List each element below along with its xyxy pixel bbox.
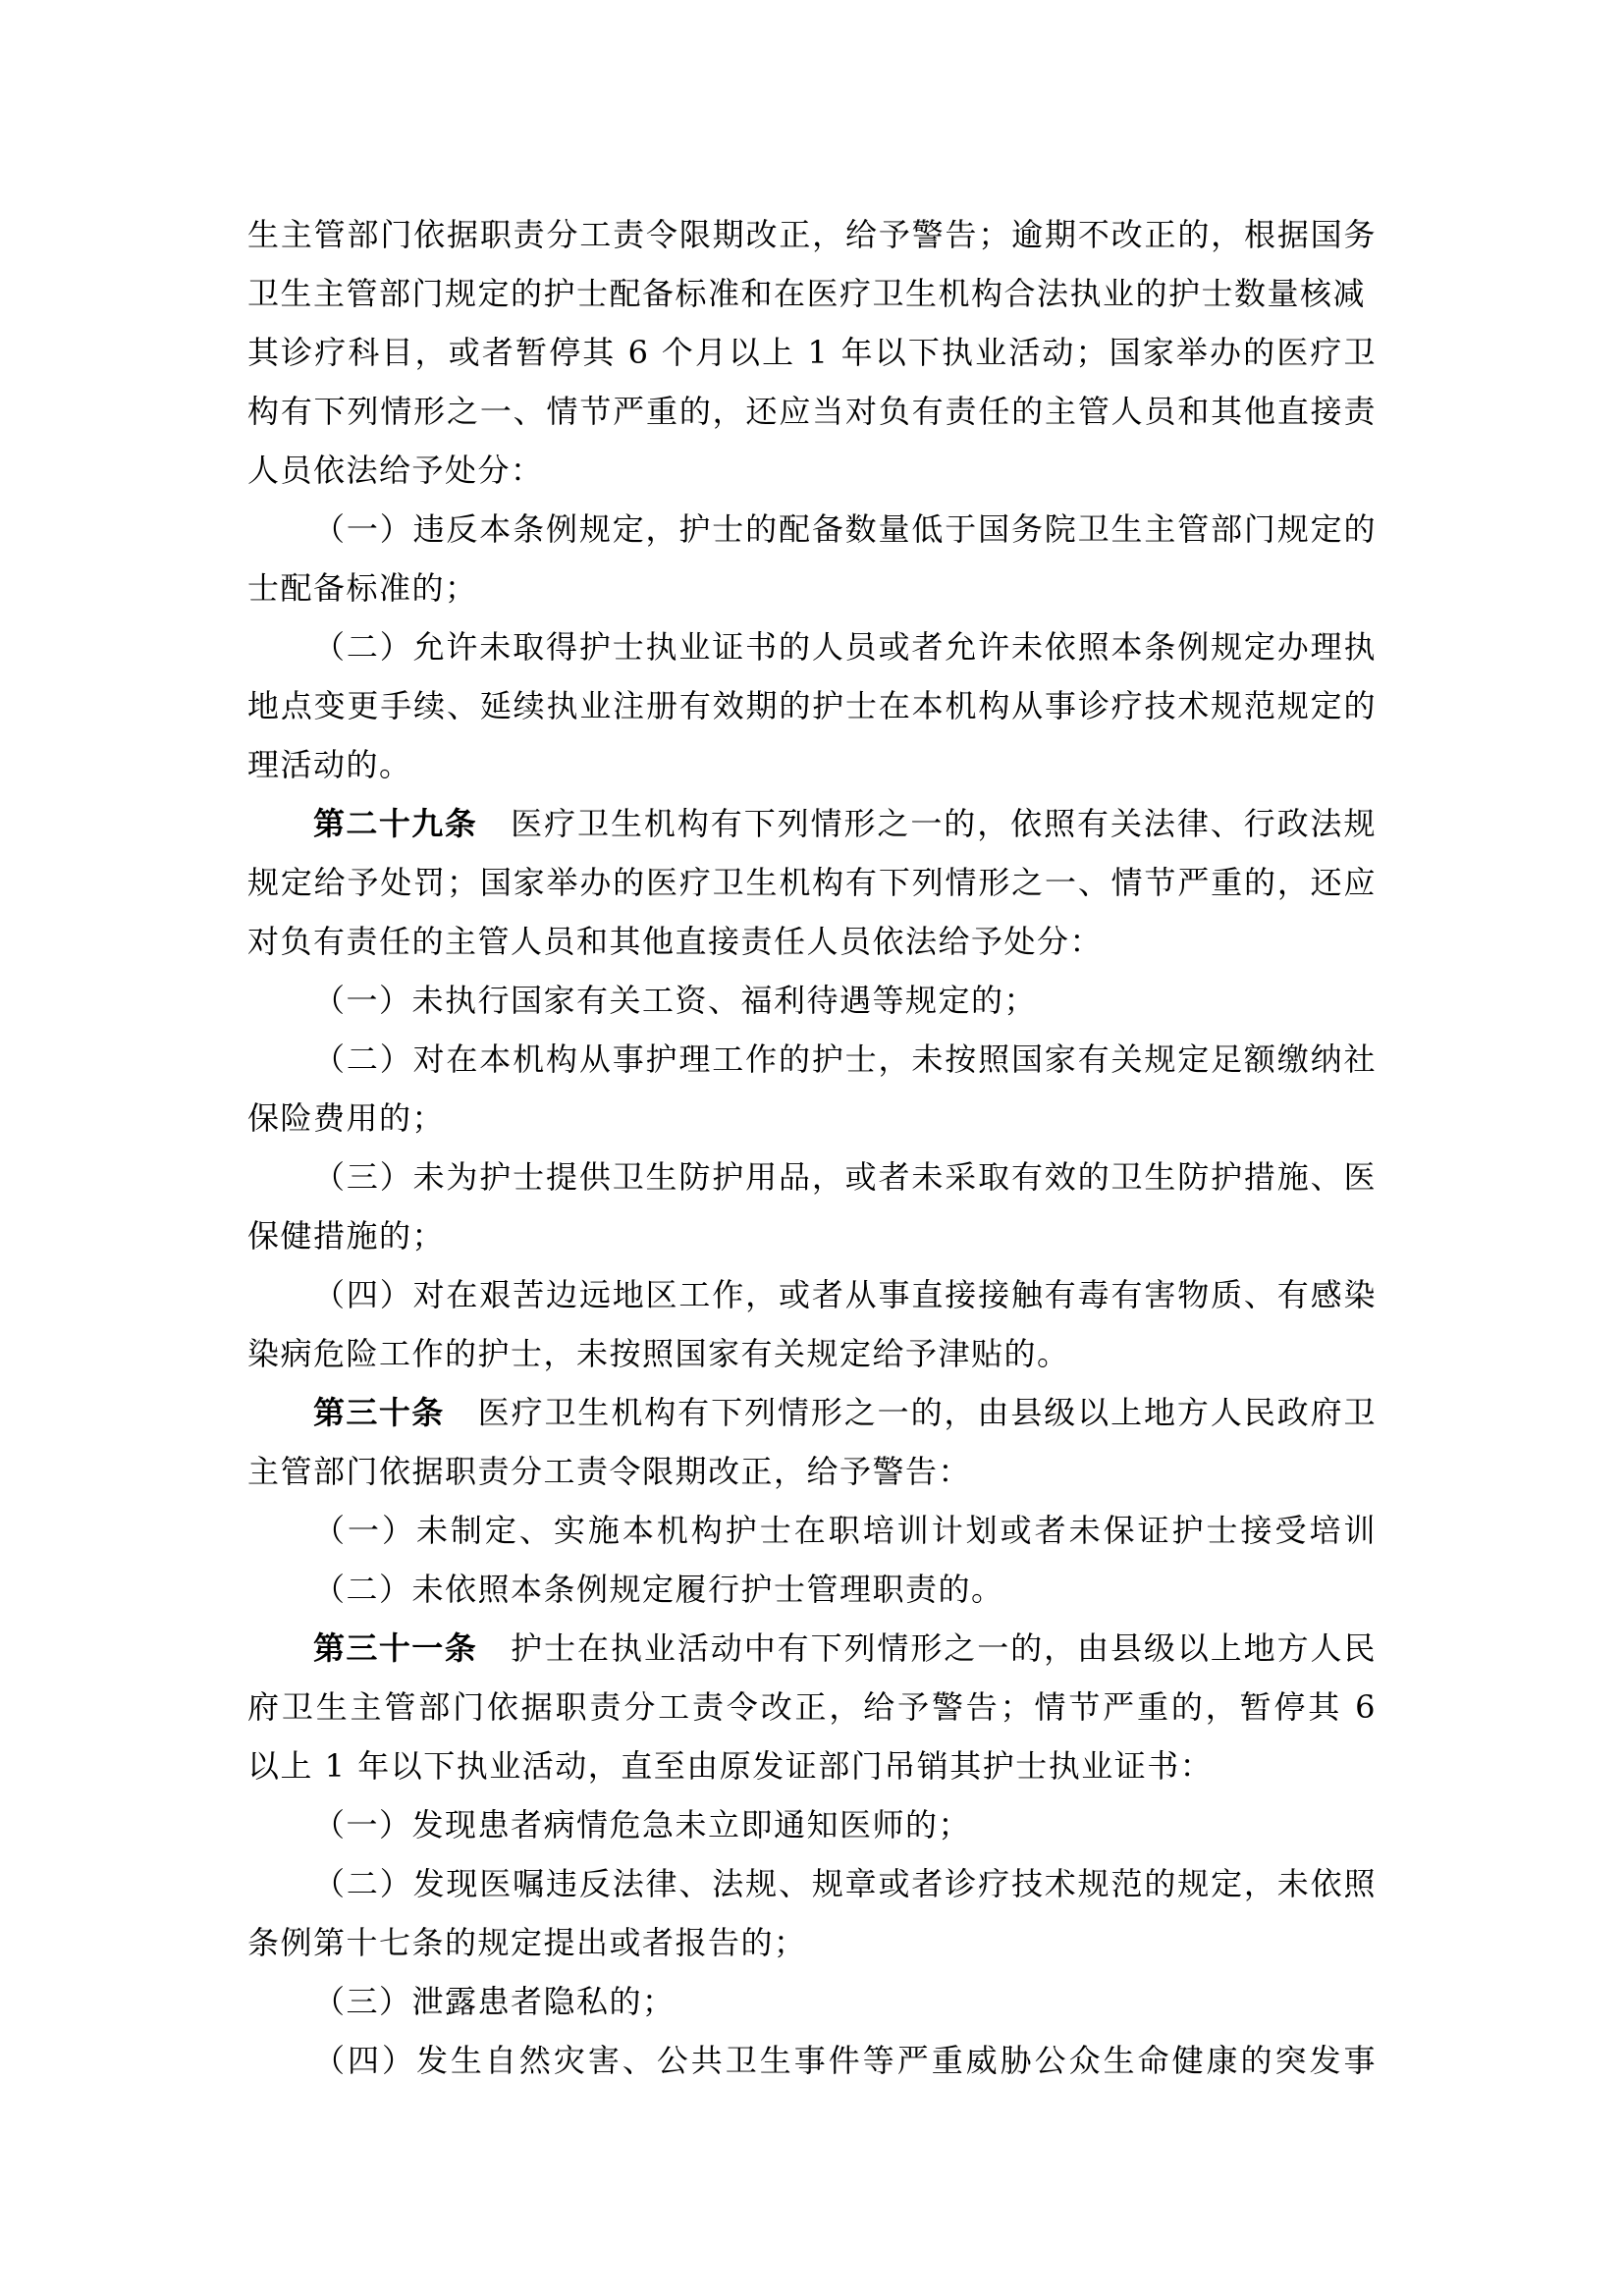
list-item-line: （二）未依照本条例规定履行护士管理职责的。	[247, 1560, 1377, 1619]
list-item-line: （一）未制定、实施本机构护士在职培训计划或者未保证护士接受培训的；	[247, 1501, 1377, 1560]
article-number: 第三十条	[313, 1394, 445, 1431]
text-line: 条例第十七条的规定提出或者报告的；	[247, 1913, 1377, 1972]
list-item-line: （四）对在艰苦边远地区工作，或者从事直接接触有毒有害物质、有感染传	[247, 1265, 1377, 1324]
list-item-line: （二）对在本机构从事护理工作的护士，未按照国家有关规定足额缴纳社会	[247, 1030, 1377, 1089]
list-item-line: （一）发现患者病情危急未立即通知医师的；	[247, 1795, 1377, 1854]
text-line: 染病危险工作的护士，未按照国家有关规定给予津贴的。	[247, 1324, 1377, 1383]
text-line: 其诊疗科目，或者暂停其 6 个月以上 1 年以下执业活动；国家举办的医疗卫生机	[247, 323, 1377, 382]
text-line: 人员依法给予处分：	[247, 441, 1377, 500]
article-heading-line: 第三十条医疗卫生机构有下列情形之一的，由县级以上地方人民政府卫生	[247, 1383, 1377, 1442]
article-number: 第三十一条	[313, 1629, 477, 1667]
text-line: 卫生主管部门规定的护士配备标准和在医疗卫生机构合法执业的护士数量核减	[247, 264, 1377, 323]
text-line: 以上 1 年以下执业活动，直至由原发证部门吊销其护士执业证书：	[247, 1736, 1377, 1795]
list-item-line: （四）发生自然灾害、公共卫生事件等严重威胁公众生命健康的突发事件，	[247, 2031, 1377, 2090]
list-item-line: （一）未执行国家有关工资、福利待遇等规定的；	[247, 971, 1377, 1030]
article-text: 医疗卫生机构有下列情形之一的，由县级以上地方人民政府卫生	[313, 1394, 1377, 1442]
article-heading-line: 第三十一条护士在执业活动中有下列情形之一的，由县级以上地方人民政	[247, 1619, 1377, 1678]
list-item-line: （二）发现医嘱违反法律、法规、规章或者诊疗技术规范的规定，未依照本	[247, 1854, 1377, 1913]
text-line: 构有下列情形之一、情节严重的，还应当对负有责任的主管人员和其他直接责任	[247, 382, 1377, 441]
text-line: 保健措施的；	[247, 1206, 1377, 1265]
text-line: 府卫生主管部门依据职责分工责令改正，给予警告；情节严重的，暂停其 6 个月	[247, 1678, 1377, 1736]
list-item-line: （二）允许未取得护士执业证书的人员或者允许未依照本条例规定办理执业	[247, 617, 1377, 676]
text-line: 对负有责任的主管人员和其他直接责任人员依法给予处分：	[247, 912, 1377, 971]
text-line: 保险费用的；	[247, 1089, 1377, 1148]
article-number: 第二十九条	[313, 805, 477, 842]
text-line: 生主管部门依据职责分工责令限期改正，给予警告；逾期不改正的，根据国务院	[247, 205, 1377, 264]
list-item-line: （三）未为护士提供卫生防护用品，或者未采取有效的卫生防护措施、医疗	[247, 1148, 1377, 1206]
text-line: 理活动的。	[247, 735, 1377, 794]
document-page: 生主管部门依据职责分工责令限期改正，给予警告；逾期不改正的，根据国务院 卫生主管…	[247, 205, 1377, 2090]
list-item-line: （三）泄露患者隐私的；	[247, 1972, 1377, 2031]
text-line: 士配备标准的；	[247, 559, 1377, 617]
article-heading-line: 第二十九条医疗卫生机构有下列情形之一的，依照有关法律、行政法规的	[247, 794, 1377, 853]
text-line: 规定给予处罚；国家举办的医疗卫生机构有下列情形之一、情节严重的，还应当	[247, 853, 1377, 912]
list-item-line: （一）违反本条例规定，护士的配备数量低于国务院卫生主管部门规定的护	[247, 500, 1377, 559]
text-line: 地点变更手续、延续执业注册有效期的护士在本机构从事诊疗技术规范规定的护	[247, 676, 1377, 735]
text-line: 主管部门依据职责分工责令限期改正，给予警告：	[247, 1442, 1377, 1501]
